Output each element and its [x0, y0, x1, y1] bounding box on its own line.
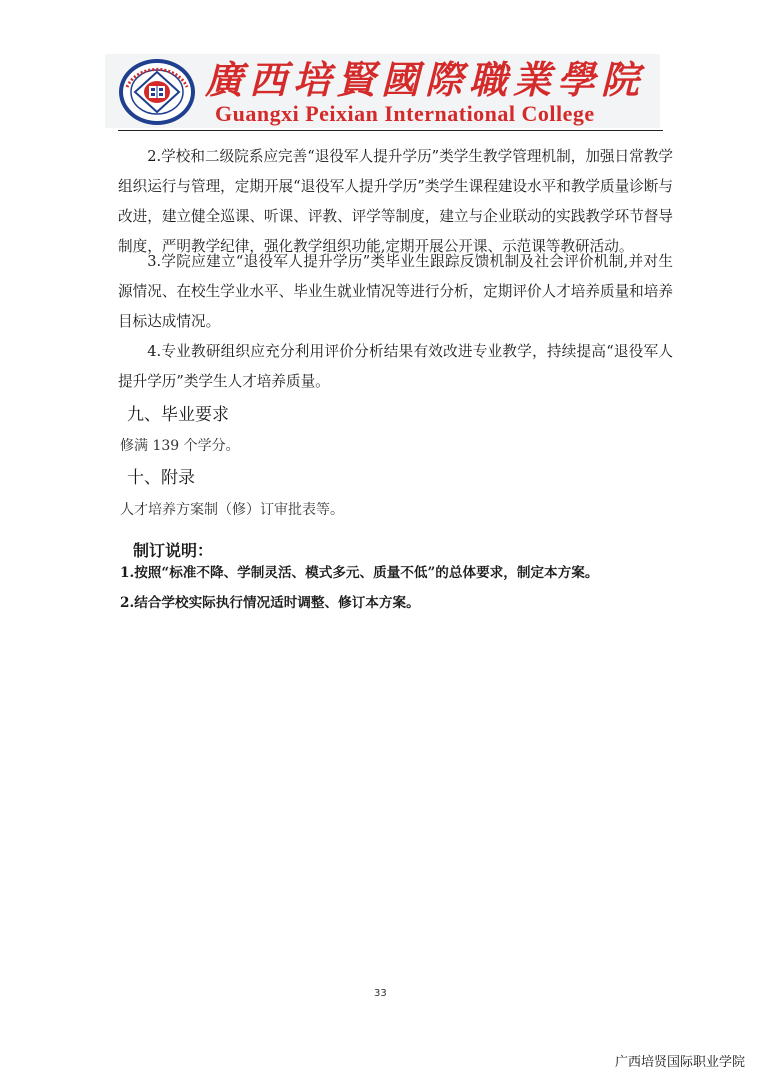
revision-note-2: 2.结合学校实际执行情况适时调整、修订本方案。	[120, 591, 420, 611]
college-logo-icon	[117, 57, 197, 127]
college-title: 廣西培賢國際職業學院 Guangxi Peixian International…	[205, 58, 655, 126]
section-10-heading: 十、附录	[127, 466, 195, 490]
paragraph-3: 3.学院应建立“退役军人提升学历”类毕业生跟踪反馈机制及社会评价机制,并对生源情…	[118, 247, 673, 337]
revision-note-1: 1.按照“标准不降、学制灵活、模式多元、质量不低”的总体要求，制定本方案。	[120, 561, 598, 581]
section-9-heading: 九、毕业要求	[127, 403, 229, 427]
section-10-text: 人才培养方案制（修）订审批表等。	[120, 499, 344, 521]
revision-notes-heading: 制订说明：	[133, 538, 213, 561]
college-name-en: Guangxi Peixian International College	[215, 102, 655, 126]
page-number: 33	[374, 988, 387, 999]
header-divider	[118, 130, 663, 131]
paragraph-2: 2.学校和二级院系应完善“退役军人提升学历”类学生教学管理机制，加强日常教学组织…	[118, 142, 673, 262]
header-banner: 廣西培賢國際職業學院 Guangxi Peixian International…	[105, 54, 660, 128]
section-9-text: 修满 139 个学分。	[120, 435, 240, 457]
college-name-cn: 廣西培賢國際職業學院	[205, 58, 655, 102]
footer-college-name: 广西培贤国际职业学院	[615, 1051, 745, 1070]
paragraph-4: 4.专业教研组织应充分利用评价分析结果有效改进专业教学，持续提高“退役军人提升学…	[118, 337, 673, 397]
